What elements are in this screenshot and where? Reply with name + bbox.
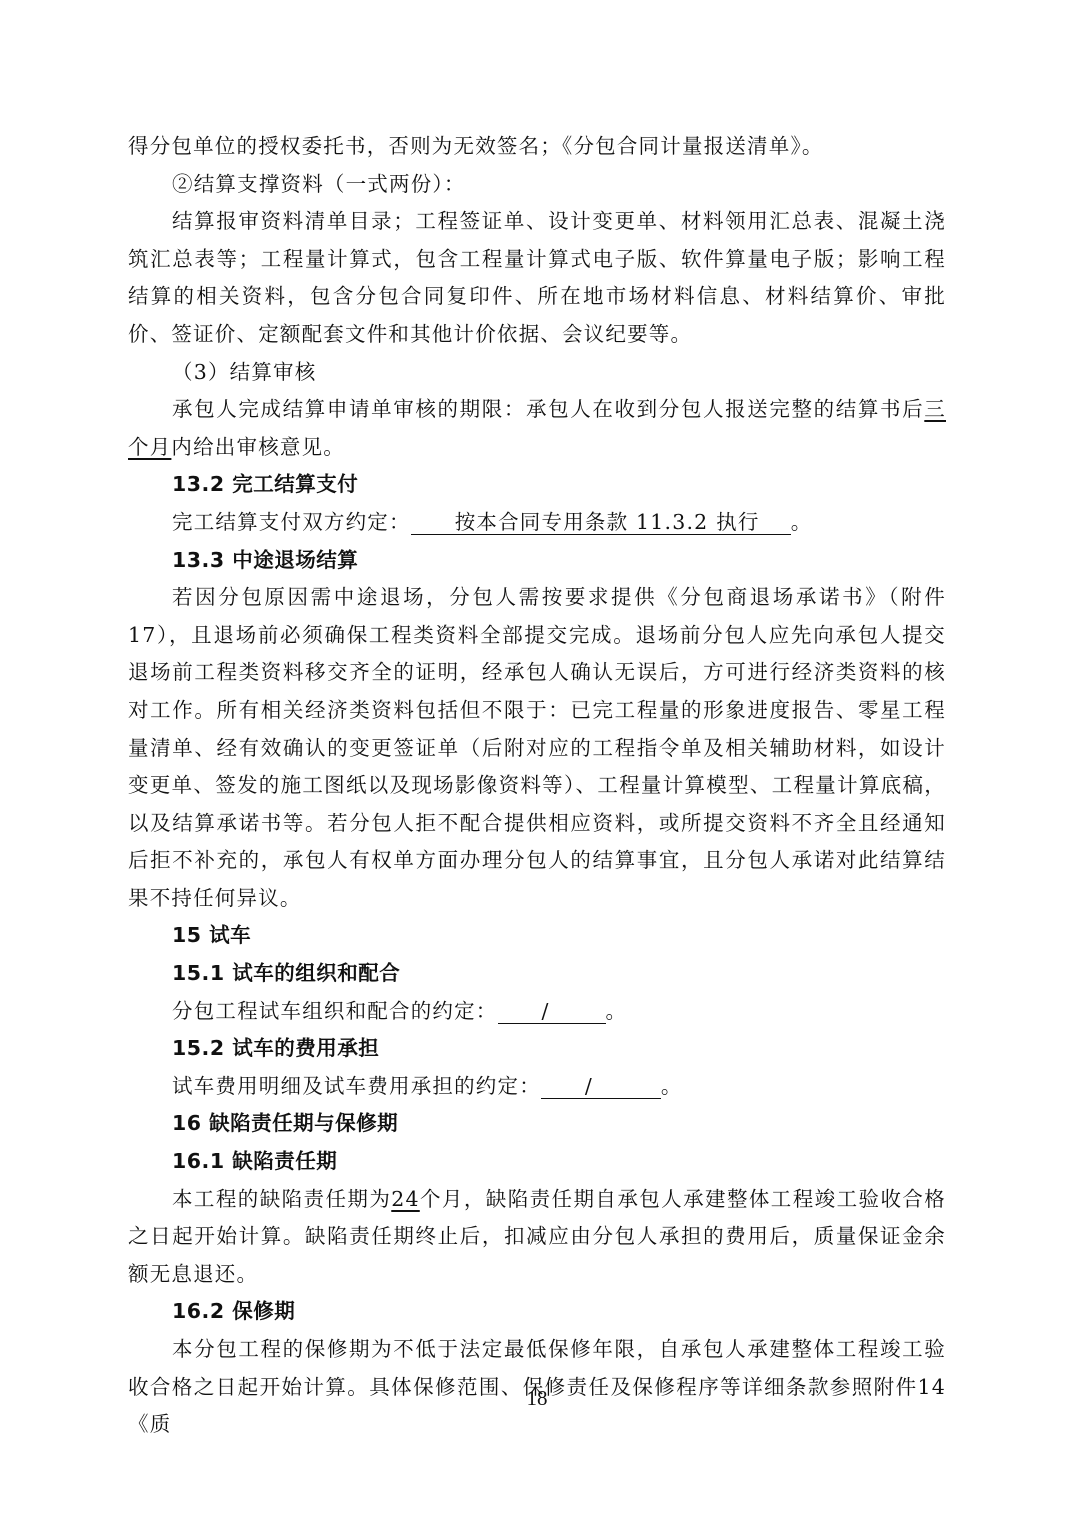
heading-15: 15 试车 xyxy=(128,917,946,955)
heading-13-3: 13.3 中途退场结算 xyxy=(128,542,946,580)
heading-15-1: 15.1 试车的组织和配合 xyxy=(128,955,946,993)
review-deadline-text-before: 承包人完成结算申请单审核的期限：承包人在收到分包人报送完整的结算书后 xyxy=(172,397,924,421)
test-run-organization-field: / xyxy=(498,999,606,1024)
paragraph-defect-liability: 本工程的缺陷责任期为24个月，缺陷责任期自承包人承建整体工程竣工验收合格之日起开… xyxy=(128,1181,946,1294)
heading-13-2: 13.2 完工结算支付 xyxy=(128,466,946,504)
defect-liability-months: 24 xyxy=(391,1187,420,1211)
defect-liability-text-before: 本工程的缺陷责任期为 xyxy=(172,1187,391,1211)
paragraph-completion-payment: 完工结算支付双方约定：按本合同专用条款 11.3.2 执行。 xyxy=(128,504,946,542)
review-deadline-text-after: 内给出审核意见。 xyxy=(171,435,345,459)
paragraph-test-run-organization: 分包工程试车组织和配合的约定：/。 xyxy=(128,993,946,1031)
paragraph-midway-exit: 若因分包原因需中途退场，分包人需按要求提供《分包商退场承诺书》（附件17），且退… xyxy=(128,579,946,917)
document-page: 得分包单位的授权委托书，否则为无效签名；《分包合同计量报送清单》。 ②结算支撑资… xyxy=(128,128,946,1444)
paragraph-test-run-costs: 试车费用明细及试车费用承担的约定：/。 xyxy=(128,1068,946,1106)
test-run-costs-period: 。 xyxy=(661,1074,683,1098)
heading-15-2: 15.2 试车的费用承担 xyxy=(128,1030,946,1068)
heading-16-1: 16.1 缺陷责任期 xyxy=(128,1143,946,1181)
paragraph-support-materials-list: 结算报审资料清单目录；工程签证单、设计变更单、材料领用汇总表、混凝土浇筑汇总表等… xyxy=(128,203,946,353)
paragraph-review-deadline: 承包人完成结算申请单审核的期限：承包人在收到分包人报送完整的结算书后三个月内给出… xyxy=(128,391,946,466)
paragraph-support-materials-title: ②结算支撑资料（一式两份）： xyxy=(128,166,946,204)
page-number: 18 xyxy=(0,1386,1074,1411)
test-run-costs-label: 试车费用明细及试车费用承担的约定： xyxy=(172,1074,541,1098)
test-run-organization-period: 。 xyxy=(606,999,628,1023)
completion-payment-field: 按本合同专用条款 11.3.2 执行 xyxy=(411,510,791,535)
test-run-costs-field: / xyxy=(541,1074,661,1099)
completion-payment-period: 。 xyxy=(791,510,813,534)
heading-16: 16 缺陷责任期与保修期 xyxy=(128,1105,946,1143)
completion-payment-label: 完工结算支付双方约定： xyxy=(172,510,411,534)
heading-16-2: 16.2 保修期 xyxy=(128,1293,946,1331)
test-run-organization-label: 分包工程试车组织和配合的约定： xyxy=(172,999,498,1023)
paragraph-authorization: 得分包单位的授权委托书，否则为无效签名；《分包合同计量报送清单》。 xyxy=(128,128,946,166)
subheading-settlement-review: （3）结算审核 xyxy=(128,354,946,392)
